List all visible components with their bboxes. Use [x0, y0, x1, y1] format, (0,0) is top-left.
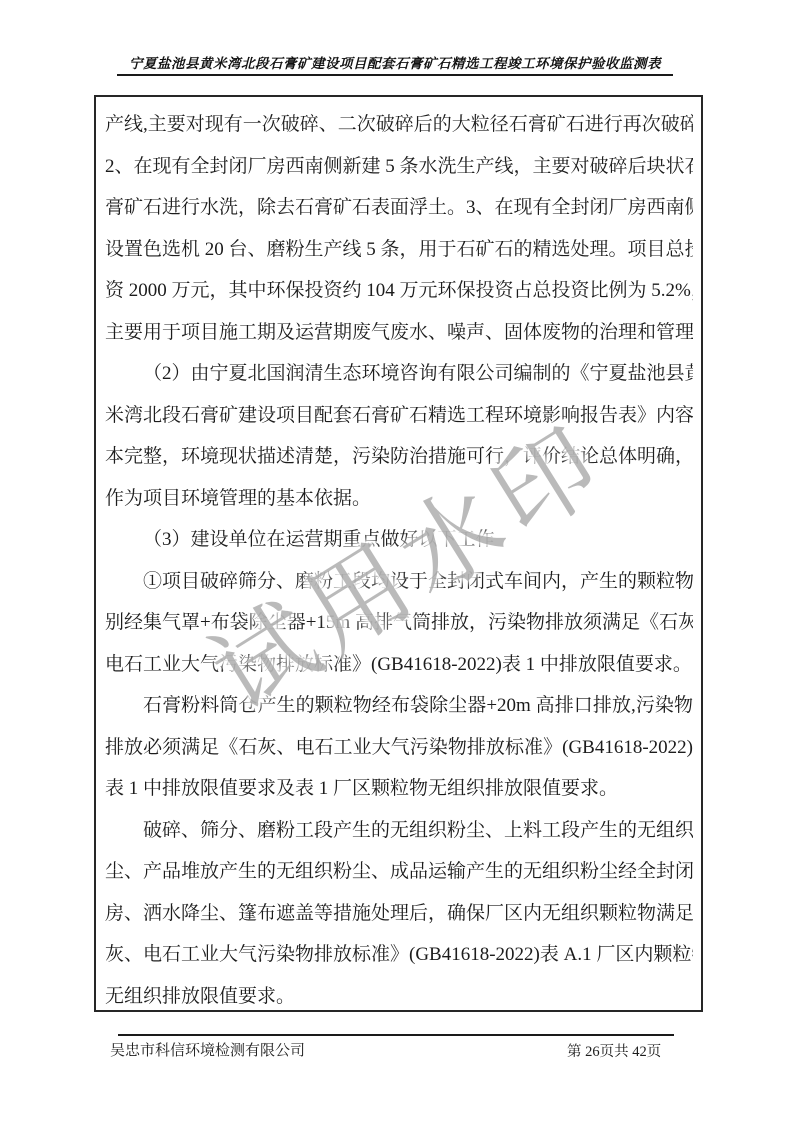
text-line: 电石工业大气污染物排放标准》(GB41618-2022)表 1 中排放限值要求。: [105, 644, 693, 686]
text-line: 无组织排放限值要求。: [105, 976, 693, 1013]
text-line: 本完整，环境现状描述清楚，污染防治措施可行，评价结论总体明确，可: [105, 436, 693, 478]
footer-company-name: 吴忠市科信环境检测有限公司: [110, 1039, 305, 1060]
report-text-box: 产线,主要对现有一次破碎、二次破碎后的大粒径石膏矿石进行再次破碎。2、在现有全封…: [94, 95, 703, 1012]
text-line: 资 2000 万元，其中环保投资约 104 万元环保投资占总投资比例为 5.2%…: [105, 270, 693, 312]
text-line: 2、在现有全封闭厂房西南侧新建 5 条水洗生产线，主要对破碎后块状石: [105, 146, 693, 188]
footer-rule: [118, 1034, 674, 1036]
text-line: ①项目破碎筛分、磨粉工段均设于全封闭式车间内，产生的颗粒物分: [105, 561, 693, 603]
page-header-title: 宁夏盐池县黄米湾北段石膏矿建设项目配套石膏矿石精选工程竣工环境保护验收监测表: [117, 52, 673, 72]
text-line: 石膏粉料筒仓产生的颗粒物经布袋除尘器+20m 高排口排放,污染物: [105, 685, 693, 727]
text-line: 米湾北段石膏矿建设项目配套石膏矿石精选工程环境影响报告表》内容基: [105, 395, 693, 437]
text-line: 别经集气罩+布袋除尘器+15m 高排气筒排放，污染物排放须满足《石灰、: [105, 602, 693, 644]
text-line: 尘、产品堆放产生的无组织粉尘、成品运输产生的无组织粉尘经全封闭厂: [105, 851, 693, 893]
text-line: 破碎、筛分、磨粉工段产生的无组织粉尘、上料工段产生的无组织粉: [105, 810, 693, 852]
text-line: 作为项目环境管理的基本依据。: [105, 478, 693, 520]
text-line: 主要用于项目施工期及运营期废气废水、噪声、固体废物的治理和管理等。: [105, 312, 693, 354]
text-line: （3）建设单位在运营期重点做好以下工作: [105, 519, 693, 561]
document-page: 宁夏盐池县黄米湾北段石膏矿建设项目配套石膏矿石精选工程竣工环境保护验收监测表 产…: [0, 0, 793, 1122]
footer-page-number: 第 26页共 42页: [567, 1040, 661, 1061]
text-line: 表 1 中排放限值要求及表 1 厂区颗粒物无组织排放限值要求。: [105, 768, 693, 810]
text-line: 灰、电石工业大气污染物排放标准》(GB41618-2022)表 A.1 厂区内颗…: [105, 934, 693, 976]
header-rule: [117, 74, 673, 76]
text-line: 排放必须满足《石灰、电石工业大气污染物排放标准》(GB41618-2022): [105, 727, 693, 769]
text-line: 房、洒水降尘、篷布遮盖等措施处理后，确保厂区内无组织颗粒物满足《石: [105, 893, 693, 935]
text-line: （2）由宁夏北国润清生态环境咨询有限公司编制的《宁夏盐池县黄: [105, 353, 693, 395]
text-line: 产线,主要对现有一次破碎、二次破碎后的大粒径石膏矿石进行再次破碎。: [105, 104, 693, 146]
text-line: 设置色选机 20 台、磨粉生产线 5 条，用于石矿石的精选处理。项目总投: [105, 229, 693, 271]
text-line: 膏矿石进行水洗，除去石膏矿石表面浮土。3、在现有全封闭厂房西南侧: [105, 187, 693, 229]
